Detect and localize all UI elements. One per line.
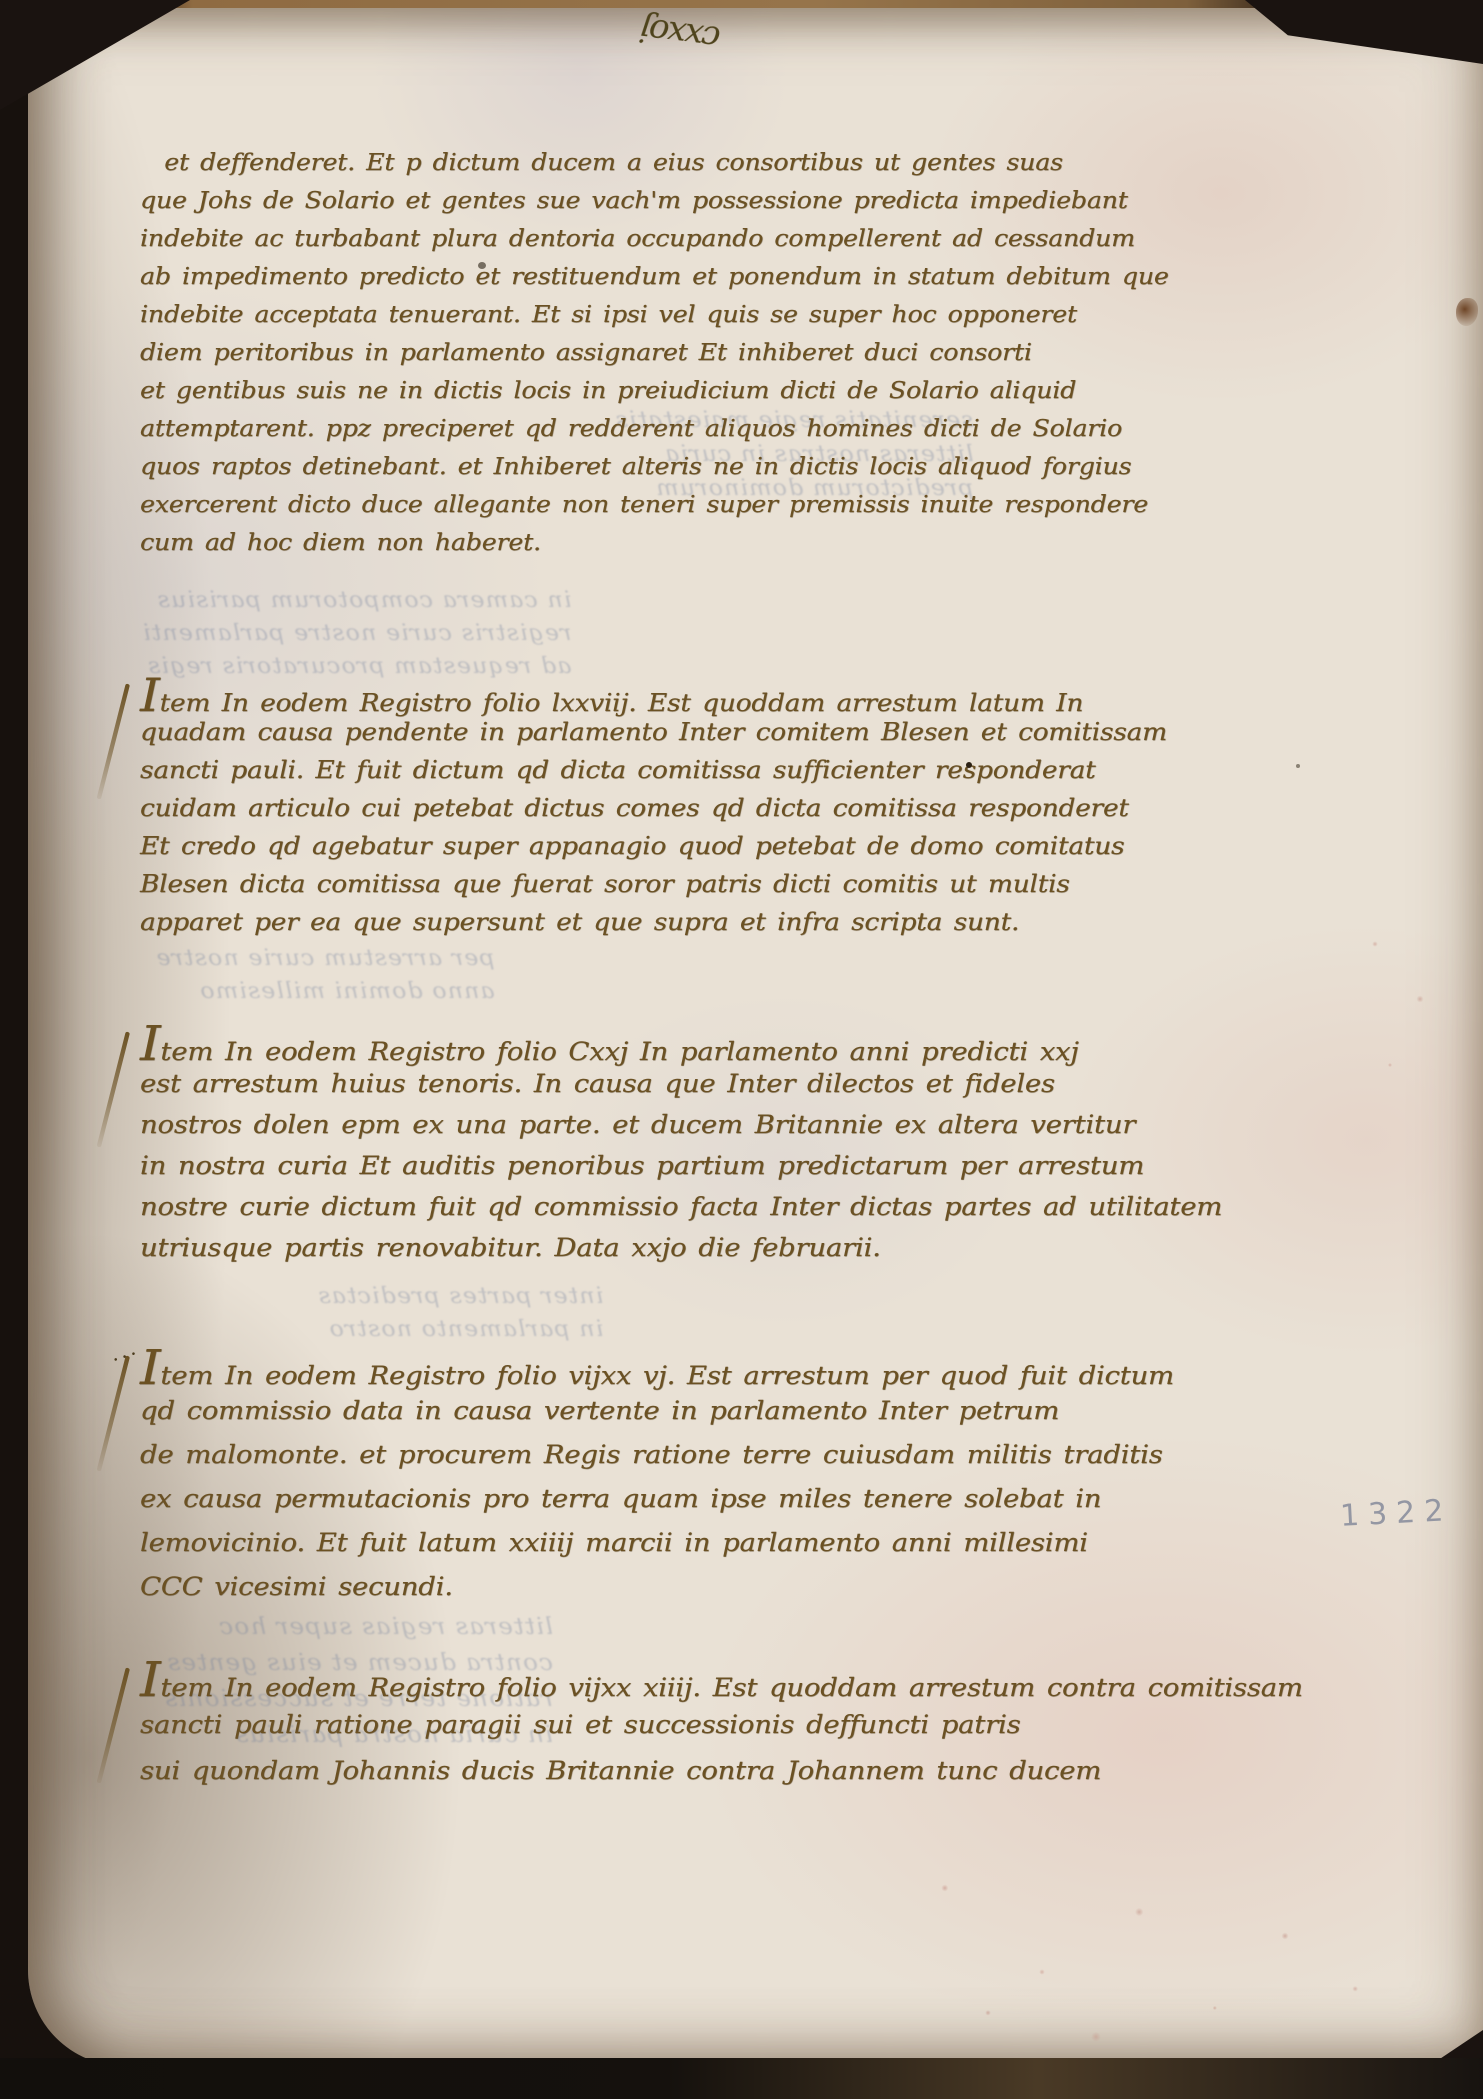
ink-speck [966,762,972,768]
manuscript-text-line: Item In eodem Registro folio vijxx xiiij… [140,1664,1303,1710]
manuscript-text-line: utriusque partis renovabitur. Data xxjo … [140,1233,1222,1274]
manuscript-text-line: diem peritoribus in parlamento assignare… [140,340,1169,378]
manuscript-text-line: indebite ac turbabant plura dentoria occ… [140,226,1169,264]
manuscript-text-line: qd commissio data in causa vertente in p… [140,1396,1174,1440]
manuscript-text-line: indebite acceptata tenuerant. Et si ipsi… [140,302,1169,340]
bleedthrough-line: registris curie nostre parlamenti [142,621,571,654]
manuscript-text-line: que Johs de Solario et gentes sue vach'm… [140,188,1169,226]
manuscript-text-line: cum ad hoc diem non haberet. [140,530,1169,568]
manuscript-text-line: ex causa permutacionis pro terra quam ip… [140,1484,1174,1528]
manuscript-text-line: Item In eodem Registro folio Cxxj In par… [140,1028,1222,1069]
photo-bottom-edge [0,2058,1483,2099]
manuscript-text-line: apparet per ea que supersunt et que supr… [140,908,1167,946]
manuscript-text-line: Item In eodem Registro folio vijxx vj. E… [140,1352,1174,1396]
bleedthrough-text: per arrestum curie nostreanno domini mil… [155,946,494,1012]
manuscript-text-line: quadam causa pendente in parlamento Inte… [140,718,1167,756]
manuscript-text-line: Blesen dicta comitissa que fuerat soror … [140,870,1167,908]
marginal-year-number: 1322 [1339,1493,1453,1534]
bleedthrough-line: anno domini millesimo [155,979,494,1012]
manuscript-text-line: CCC vicesimi secundi. [140,1572,1174,1616]
bleedthrough-line: litteras regias super hoc [164,1614,553,1650]
manuscript-text-line: Et credo qd agebatur super appanagio quo… [140,832,1167,870]
paragraph-2-item: Item In eodem Registro folio lxxviij. Es… [140,680,1167,946]
paragraph-1: et deffenderet. Et p dictum ducem a eius… [140,150,1169,568]
manuscript-text-line: sui quondam Johannis ducis Britannie con… [140,1756,1303,1802]
ink-speck [1296,764,1300,768]
manuscript-text-line: attemptarent. ppz preciperet qd redderen… [140,416,1169,454]
paragraph-3-item: Item In eodem Registro folio Cxxj In par… [140,1028,1222,1274]
manuscript-text-line: in nostra curia Et auditis penoribus par… [140,1151,1222,1192]
photo-background: serenitatis regie maiestatislitteras nos… [0,0,1483,2099]
manuscript-text-line: sancti pauli ratione paragii sui et succ… [140,1710,1303,1756]
manuscript-text-line: de malomonte. et procurem Regis ratione … [140,1440,1174,1484]
manuscript-text-line: Item In eodem Registro folio lxxviij. Es… [140,680,1167,718]
manuscript-text-line: nostre curie dictum fuit qd commissio fa… [140,1192,1222,1233]
manuscript-text-line: quos raptos detinebant. et Inhiberet alt… [140,454,1169,492]
manuscript-text-line: exercerent dicto duce allegante non tene… [140,492,1169,530]
bleedthrough-text: inter partes predictasin parlamento nost… [317,1284,603,1350]
manuscript-text-line: sancti pauli. Et fuit dictum qd dicta co… [140,756,1167,794]
manuscript-text-line: et gentibus suis ne in dictis locis in p… [140,378,1169,416]
manuscript-text-line: nostros dolen epm ex una parte. et ducem… [140,1110,1222,1151]
manuscript-text-line: lemovicinio. Et fuit latum xxiiij marcii… [140,1528,1174,1572]
paragraph-5-item: Item In eodem Registro folio vijxx xiiij… [140,1664,1303,1802]
bleedthrough-line: in parlamento nostro [317,1317,603,1350]
ink-speck [478,262,486,269]
manuscript-text-line: est arrestum huius tenoris. In causa que… [140,1069,1222,1110]
manuscript-text-line: ab impedimento predicto et restituendum … [140,264,1169,302]
bleedthrough-line: inter partes predictas [317,1284,603,1317]
bleedthrough-line: per arrestum curie nostre [155,946,494,979]
manuscript-text-line: et deffenderet. Et p dictum ducem a eius… [164,150,1168,188]
bleedthrough-line: in camera compotorum parisius [142,588,571,621]
manuscript-text-line: cuidam articulo cui petebat dictus comes… [140,794,1167,832]
bleedthrough-text: in camera compotorum parisiusregistris c… [142,588,571,687]
paragraph-4-item: Item In eodem Registro folio vijxx vj. E… [140,1352,1174,1616]
